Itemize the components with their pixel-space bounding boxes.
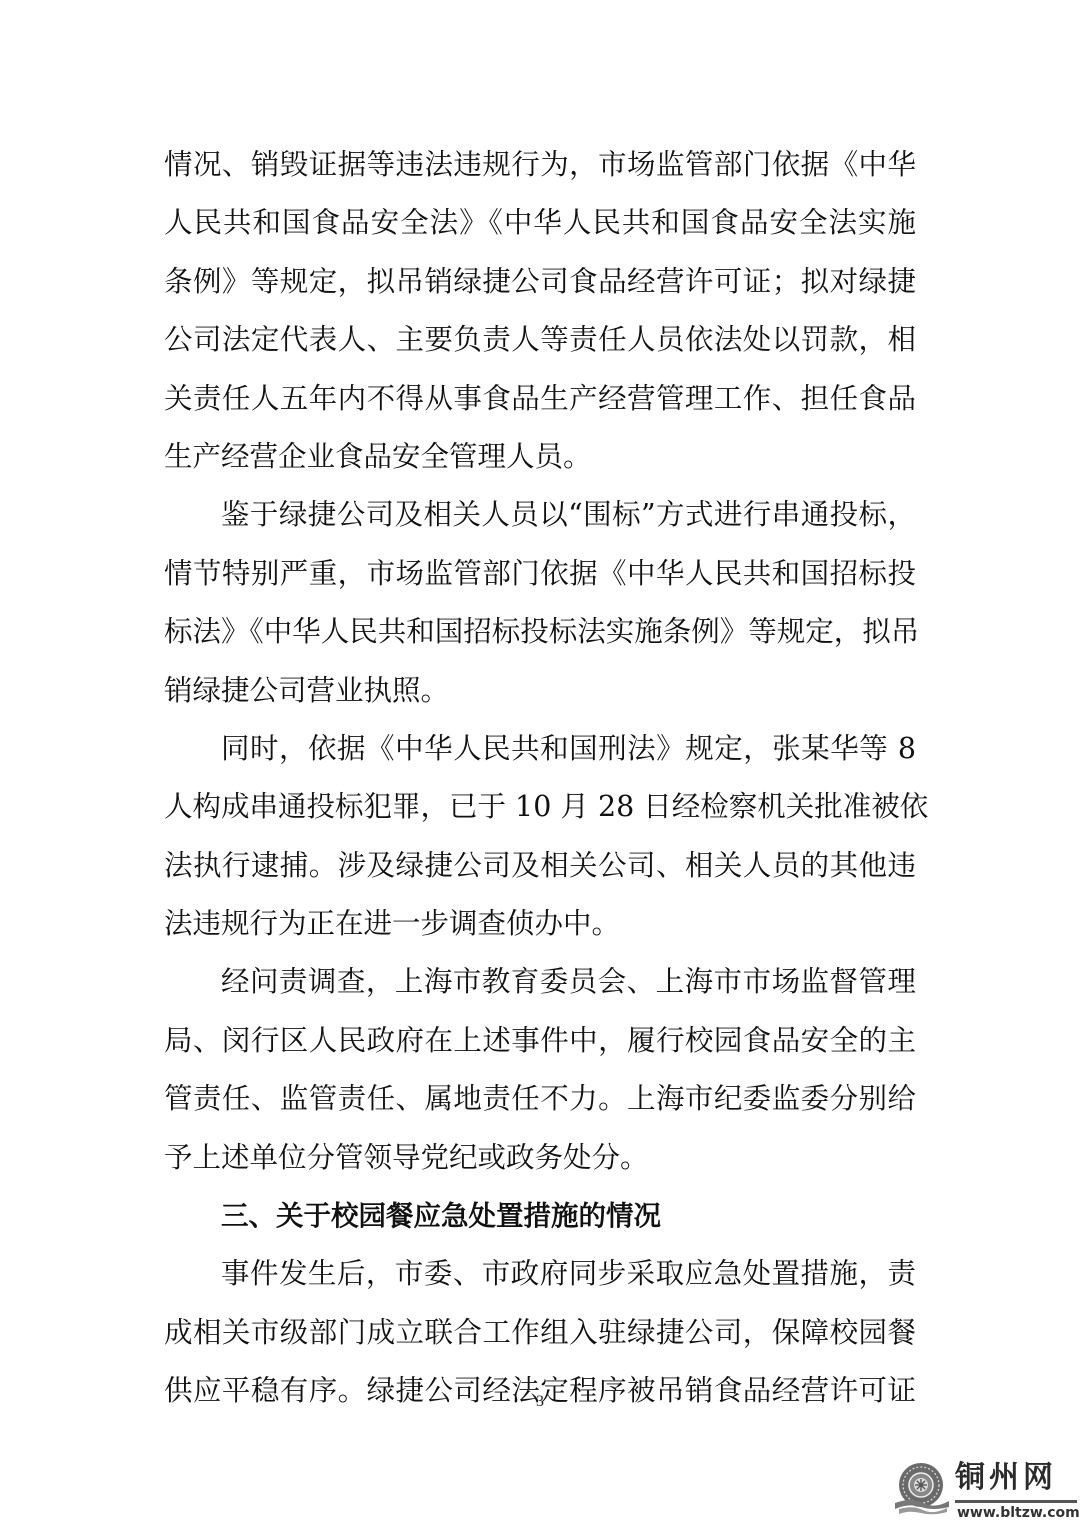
text-line: 经问责调查，上海市教育委员会、上海市市场监督管理 xyxy=(164,953,916,1011)
document-page: 情况、销毁证据等违法违规行为，市场监管部门依据《中华 人民共和国食品安全法》《中… xyxy=(0,0,1080,1527)
page-number: 3 xyxy=(530,1393,550,1411)
text-line: 销绿捷公司营业执照。 xyxy=(164,662,916,720)
text-line: 人构成串通投标犯罪，已于 10 月 28 日经检察机关批准被依 xyxy=(164,778,916,836)
watermark-url: www.bltzw.com xyxy=(957,1503,1080,1523)
text-line: 标法》《中华人民共和国招标投标法实施条例》等规定，拟吊 xyxy=(164,603,916,661)
text-line: 人民共和国食品安全法》《中华人民共和国食品安全法实施 xyxy=(164,194,916,252)
text-line: 情况、销毁证据等违法违规行为，市场监管部门依据《中华 xyxy=(164,136,916,194)
text-line: 情节特别严重，市场监管部门依据《中华人民共和国招标投 xyxy=(164,545,916,603)
text-line: 成相关市级部门成立联合工作组入驻绿捷公司，保障校园餐 xyxy=(164,1304,916,1362)
text-line: 供应平稳有序。绿捷公司经法定程序被吊销食品经营许可证 xyxy=(164,1362,916,1420)
body-text: 情况、销毁证据等违法违规行为，市场监管部门依据《中华 人民共和国食品安全法》《中… xyxy=(164,136,916,1421)
section-heading: 三、关于校园餐应急处置措施的情况 xyxy=(164,1187,916,1245)
text-line: 同时，依据《中华人民共和国刑法》规定，张某华等 8 xyxy=(164,720,916,778)
wheel-emblem-icon xyxy=(893,1461,949,1517)
text-line: 关责任人五年内不得从事食品生产经营管理工作、担任食品 xyxy=(164,370,916,428)
text-line: 事件发生后，市委、市政府同步采取应急处置措施，责 xyxy=(164,1245,916,1303)
watermark-logo: 铜州网 www.bltzw.com xyxy=(893,1458,1080,1527)
text-line: 管责任、监管责任、属地责任不力。上海市纪委监委分别给 xyxy=(164,1070,916,1128)
text-line: 条例》等规定，拟吊销绿捷公司食品经营许可证；拟对绿捷 xyxy=(164,253,916,311)
text-line: 予上述单位分管领导党纪或政务处分。 xyxy=(164,1129,916,1187)
text-line: 法违规行为正在进一步调查侦办中。 xyxy=(164,895,916,953)
text-line: 局、闵行区人民政府在上述事件中，履行校园食品安全的主 xyxy=(164,1012,916,1070)
text-line: 法执行逮捕。涉及绿捷公司及相关公司、相关人员的其他违 xyxy=(164,837,916,895)
text-line: 生产经营企业食品安全管理人员。 xyxy=(164,428,916,486)
watermark-site-name: 铜州网 xyxy=(955,1458,1057,1498)
text-line: 鉴于绿捷公司及相关人员以“围标”方式进行串通投标， xyxy=(164,486,916,544)
text-line: 公司法定代表人、主要负责人等责任人员依法处以罚款，相 xyxy=(164,311,916,369)
